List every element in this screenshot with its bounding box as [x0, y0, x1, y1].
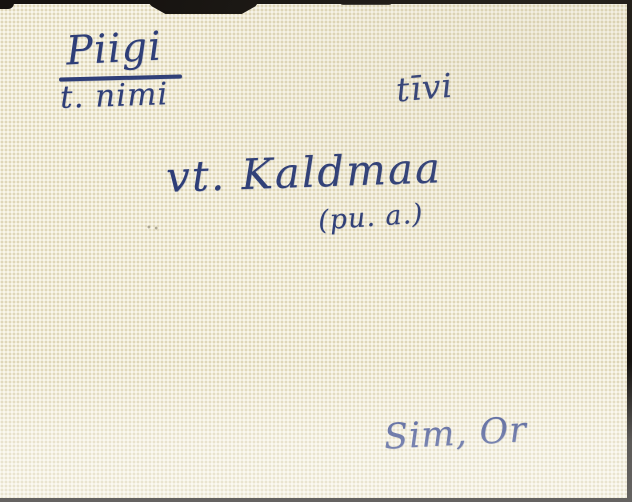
scan-edge-top — [0, 0, 632, 4]
parish-abbreviations: Sim, Or — [383, 410, 528, 457]
pronunciation-note: tīvi — [394, 66, 454, 110]
cross-reference: vt. Kaldmaa — [165, 143, 442, 202]
scan-edge-right — [627, 0, 632, 502]
scan-edge-smudge — [340, 0, 392, 5]
scan-edge-bottom — [0, 498, 632, 502]
index-card: Piigi t. nimi tīvi vt. Kaldmaa (pu. a.) … — [0, 0, 632, 502]
field-label: t. nimi — [59, 76, 169, 116]
card-tab-shadow — [146, 0, 260, 14]
reference-qualifier: (pu. a.) — [317, 198, 424, 236]
pencil-marks: ‥ — [144, 209, 166, 236]
headword: Piigi — [65, 24, 163, 75]
scan-corner-mark — [0, 0, 14, 9]
